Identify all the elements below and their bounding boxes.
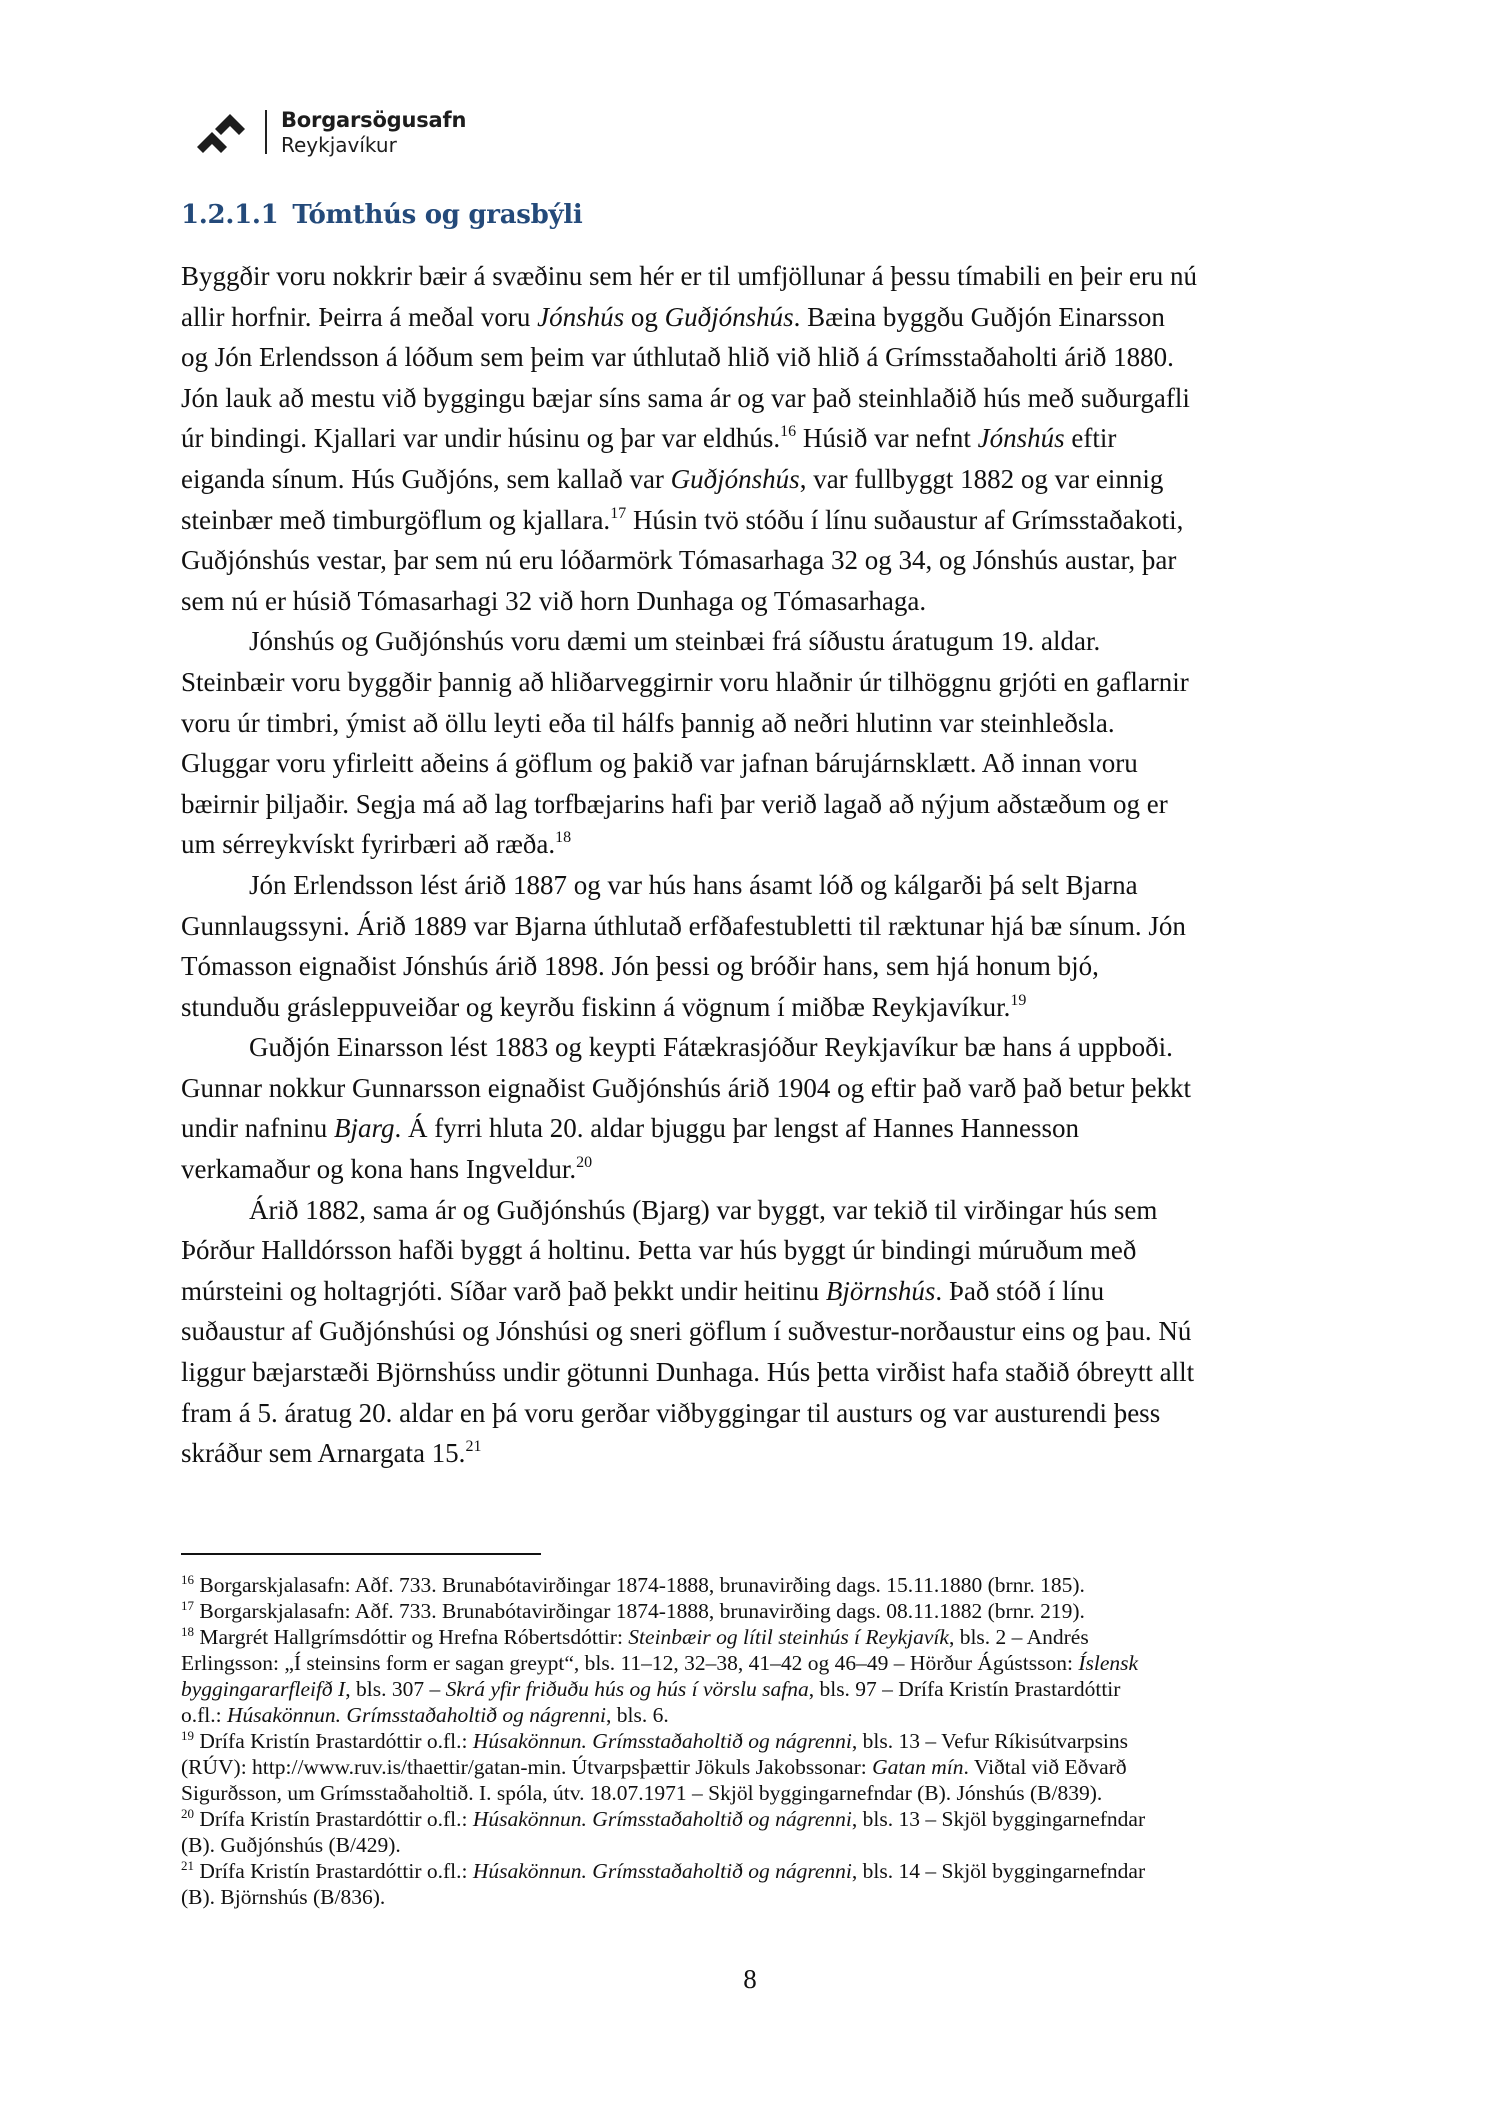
italic-text: Húsakönnun. Grímsstaðaholtið og nágrenni: [473, 1807, 852, 1831]
text-line: undir nafninu Bjarg. Á fyrri hluta 20. a…: [181, 1108, 1341, 1149]
text-line: voru úr timbri, ýmist að öllu leyti eða …: [181, 703, 1341, 744]
text-line: verkamaður og kona hans Ingveldur.20: [181, 1149, 1341, 1190]
footnote-line: (B). Björnshús (B/836).: [181, 1884, 1341, 1910]
italic-text: Björnshús: [826, 1276, 936, 1306]
footnote-ref: 19: [1010, 992, 1026, 1009]
italic-text: byggingararfleifð I: [181, 1677, 345, 1701]
text-run: Gunnlaugssyni. Árið 1889 var Bjarna úthl…: [181, 911, 1186, 941]
text-run: Drífa Kristín Þrastardóttir o.fl.:: [199, 1729, 472, 1753]
text-line: múrsteini og holtagrjóti. Síðar varð það…: [181, 1271, 1341, 1312]
text-line: Jón lauk að mestu við byggingu bæjar sín…: [181, 378, 1341, 419]
italic-text: Húsakönnun. Grímsstaðaholtið og nágrenni: [473, 1859, 852, 1883]
italic-text: Húsakönnun. Grímsstaðaholtið og nágrenni: [227, 1703, 606, 1727]
text-run: fram á 5. áratug 20. aldar en þá voru ge…: [181, 1398, 1160, 1428]
text-run: um sérreykvískt fyrirbæri að ræða.: [181, 829, 555, 859]
paragraph: Guðjón Einarsson lést 1883 og keypti Fát…: [181, 1027, 1341, 1189]
footnote-line: 18 Margrét Hallgrímsdóttir og Hrefna Rób…: [181, 1624, 1341, 1650]
double-chevron-up-icon: [195, 107, 251, 157]
logo-divider: [265, 110, 267, 154]
text-run: Erlingsson: „Í steinsins form er sagan g…: [181, 1651, 1078, 1675]
text-run: Húsin tvö stóðu í línu suðaustur af Grím…: [626, 505, 1183, 535]
text-line: Byggðir voru nokkrir bæir á svæðinu sem …: [181, 256, 1341, 297]
footnote-line: (RÚV): http://www.ruv.is/thaettir/gatan-…: [181, 1754, 1341, 1780]
text-run: eiganda sínum. Hús Guðjóns, sem kallað v…: [181, 464, 671, 494]
text-line: Jón Erlendsson lést árið 1887 og var hús…: [181, 865, 1341, 906]
text-run: Gluggar voru yfirleitt aðeins á göflum o…: [181, 748, 1138, 778]
logo-city: Reykjavíkur: [281, 135, 466, 155]
footnote-ref: 18: [555, 829, 571, 846]
text-run: , bls. 97 – Drífa Kristín Þrastardóttir: [809, 1677, 1121, 1701]
text-line: sem nú er húsið Tómasarhagi 32 við horn …: [181, 581, 1341, 622]
italic-text: Steinbæir og lítil steinhús í Reykjavík: [628, 1625, 949, 1649]
text-line: Gunnar nokkur Gunnarsson eignaðist Guðjó…: [181, 1068, 1341, 1109]
text-run: Gunnar nokkur Gunnarsson eignaðist Guðjó…: [181, 1073, 1191, 1103]
text-run: eftir: [1065, 423, 1117, 453]
text-run: (B). Guðjónshús (B/429).: [181, 1833, 401, 1857]
footnote-number: 18: [181, 1624, 194, 1639]
text-line: suðaustur af Guðjónshúsi og Jónshúsi og …: [181, 1311, 1341, 1352]
text-run: (B). Björnshús (B/836).: [181, 1885, 385, 1909]
footnote-line: o.fl.: Húsakönnun. Grímsstaðaholtið og n…: [181, 1702, 1341, 1728]
italic-text: Gatan mín: [872, 1755, 963, 1779]
footnote: 17 Borgarskjalasafn: Aðf. 733. Brunabóta…: [181, 1598, 1341, 1624]
text-run: , bls. 13 – Skjöl byggingarnefndar: [852, 1807, 1145, 1831]
text-line: úr bindingi. Kjallari var undir húsinu o…: [181, 418, 1341, 459]
paragraph: Árið 1882, sama ár og Guðjónshús (Bjarg)…: [181, 1190, 1341, 1474]
page-number: 8: [0, 1964, 1500, 1995]
text-line: eiganda sínum. Hús Guðjóns, sem kallað v…: [181, 459, 1341, 500]
text-line: allir horfnir. Þeirra á meðal voru Jónsh…: [181, 297, 1341, 338]
text-run: múrsteini og holtagrjóti. Síðar varð það…: [181, 1276, 826, 1306]
footnote-ref: 20: [576, 1154, 592, 1171]
text-run: , bls. 14 – Skjöl byggingarnefndar: [852, 1859, 1145, 1883]
footnote-line: (B). Guðjónshús (B/429).: [181, 1832, 1341, 1858]
text-run: Sigurðsson, um Grímsstaðaholtið. I. spól…: [181, 1781, 1102, 1805]
text-line: Guðjón Einarsson lést 1883 og keypti Fát…: [181, 1027, 1341, 1068]
footnote-line: Sigurðsson, um Grímsstaðaholtið. I. spól…: [181, 1780, 1341, 1806]
text-line: Jónshús og Guðjónshús voru dæmi um stein…: [181, 621, 1341, 662]
text-run: skráður sem Arnargata 15.: [181, 1438, 465, 1468]
text-run: verkamaður og kona hans Ingveldur.: [181, 1154, 576, 1184]
italic-text: Húsakönnun. Grímsstaðaholtið og nágrenni: [473, 1729, 852, 1753]
text-run: , var fullbyggt 1882 og var einnig: [800, 464, 1164, 494]
section-heading: 1.2.1.1Tómthús og grasbýli: [181, 200, 582, 230]
footnote: 16 Borgarskjalasafn: Aðf. 733. Brunabóta…: [181, 1572, 1341, 1598]
footnote-line: 17 Borgarskjalasafn: Aðf. 733. Brunabóta…: [181, 1598, 1341, 1624]
text-run: Margrét Hallgrímsdóttir og Hrefna Róbert…: [199, 1625, 628, 1649]
text-run: Tómasson eignaðist Jónshús árið 1898. Jó…: [181, 951, 1099, 981]
text-run: bæirnir þiljaðir. Segja má að lag torfbæ…: [181, 789, 1168, 819]
footnote-number: 21: [181, 1858, 194, 1873]
document-page: Borgarsögusafn Reykjavíkur 1.2.1.1Tómthú…: [0, 0, 1500, 2123]
text-run: . Bæina byggðu Guðjón Einarsson: [794, 302, 1165, 332]
footnotes: 16 Borgarskjalasafn: Aðf. 733. Brunabóta…: [181, 1572, 1341, 1910]
text-run: Drífa Kristín Þrastardóttir o.fl.:: [199, 1807, 472, 1831]
text-run: og Jón Erlendsson á lóðum sem þeim var ú…: [181, 342, 1174, 372]
text-line: steinbær með timburgöflum og kjallara.17…: [181, 500, 1341, 541]
footnote-ref: 21: [465, 1438, 481, 1455]
footnote: 19 Drífa Kristín Þrastardóttir o.fl.: Hú…: [181, 1728, 1341, 1806]
italic-text: Guðjónshús: [665, 302, 794, 332]
text-run: Byggðir voru nokkrir bæir á svæðinu sem …: [181, 261, 1197, 291]
text-run: undir nafninu: [181, 1113, 334, 1143]
italic-text: Jónshús: [978, 423, 1065, 453]
text-run: suðaustur af Guðjónshúsi og Jónshúsi og …: [181, 1316, 1191, 1346]
text-run: Borgarskjalasafn: Aðf. 733. Brunabótavir…: [199, 1573, 1085, 1597]
text-run: Jón Erlendsson lést árið 1887 og var hús…: [249, 870, 1138, 900]
italic-text: Skrá yfir friðuðu hús og hús í vörslu sa…: [446, 1677, 809, 1701]
paragraph: Jónshús og Guðjónshús voru dæmi um stein…: [181, 621, 1341, 865]
text-run: . Á fyrri hluta 20. aldar bjuggu þar len…: [394, 1113, 1079, 1143]
italic-text: Bjarg: [334, 1113, 395, 1143]
text-run: , bls. 2 – Andrés: [949, 1625, 1089, 1649]
text-run: Árið 1882, sama ár og Guðjónshús (Bjarg)…: [249, 1195, 1157, 1225]
text-run: Jón lauk að mestu við byggingu bæjar sín…: [181, 383, 1190, 413]
text-line: Þórður Halldórsson hafði byggt á holtinu…: [181, 1230, 1341, 1271]
footnote-ref: 17: [610, 505, 626, 522]
section-title: Tómthús og grasbýli: [292, 200, 582, 230]
text-run: Guðjón Einarsson lést 1883 og keypti Fát…: [249, 1032, 1173, 1062]
text-run: , bls. 13 – Vefur Ríkisútvarpsins: [852, 1729, 1128, 1753]
text-line: Guðjónshús vestar, þar sem nú eru lóðarm…: [181, 540, 1341, 581]
text-line: Tómasson eignaðist Jónshús árið 1898. Jó…: [181, 946, 1341, 987]
text-run: stunduðu grásleppuveiðar og keyrðu fiski…: [181, 992, 1010, 1022]
footnote-line: byggingararfleifð I, bls. 307 – Skrá yfi…: [181, 1676, 1341, 1702]
text-run: Steinbæir voru byggðir þannig að hliðarv…: [181, 667, 1189, 697]
footnote-separator: [181, 1553, 541, 1555]
italic-text: Íslensk: [1078, 1651, 1138, 1675]
italic-text: Guðjónshús: [671, 464, 800, 494]
body-text: Byggðir voru nokkrir bæir á svæðinu sem …: [181, 256, 1341, 1474]
text-run: (RÚV): http://www.ruv.is/thaettir/gatan-…: [181, 1755, 872, 1779]
text-run: Drífa Kristín Þrastardóttir o.fl.:: [199, 1859, 472, 1883]
text-run: . Viðtal við Eðvarð: [963, 1755, 1126, 1779]
text-line: um sérreykvískt fyrirbæri að ræða.18: [181, 824, 1341, 865]
footnote-line: 20 Drífa Kristín Þrastardóttir o.fl.: Hú…: [181, 1806, 1341, 1832]
paragraph: Byggðir voru nokkrir bæir á svæðinu sem …: [181, 256, 1341, 621]
text-run: , bls. 307 –: [345, 1677, 445, 1701]
text-run: Húsið var nefnt: [796, 423, 977, 453]
text-run: sem nú er húsið Tómasarhagi 32 við horn …: [181, 586, 926, 616]
text-run: o.fl.:: [181, 1703, 227, 1727]
italic-text: Jónshús: [537, 302, 624, 332]
footnote-line: 19 Drífa Kristín Þrastardóttir o.fl.: Hú…: [181, 1728, 1341, 1754]
text-run: . Það stóð í línu: [935, 1276, 1104, 1306]
text-line: fram á 5. áratug 20. aldar en þá voru ge…: [181, 1393, 1341, 1434]
text-run: Jónshús og Guðjónshús voru dæmi um stein…: [249, 626, 1100, 656]
logo-name: Borgarsögusafn: [281, 110, 466, 131]
footnote-ref: 16: [780, 423, 796, 440]
footnote: 20 Drífa Kristín Þrastardóttir o.fl.: Hú…: [181, 1806, 1341, 1858]
text-run: steinbær með timburgöflum og kjallara.: [181, 505, 610, 535]
text-line: Gluggar voru yfirleitt aðeins á göflum o…: [181, 743, 1341, 784]
footnote-line: Erlingsson: „Í steinsins form er sagan g…: [181, 1650, 1341, 1676]
text-line: liggur bæjarstæði Björnshúss undir götun…: [181, 1352, 1341, 1393]
footnote: 18 Margrét Hallgrímsdóttir og Hrefna Rób…: [181, 1624, 1341, 1728]
text-run: Borgarskjalasafn: Aðf. 733. Brunabótavir…: [199, 1599, 1085, 1623]
footnote: 21 Drífa Kristín Þrastardóttir o.fl.: Hú…: [181, 1858, 1341, 1910]
text-run: liggur bæjarstæði Björnshúss undir götun…: [181, 1357, 1194, 1387]
text-run: úr bindingi. Kjallari var undir húsinu o…: [181, 423, 780, 453]
text-run: , bls. 6.: [606, 1703, 669, 1727]
text-line: stunduðu grásleppuveiðar og keyrðu fiski…: [181, 987, 1341, 1028]
text-run: Guðjónshús vestar, þar sem nú eru lóðarm…: [181, 545, 1176, 575]
museum-logo: Borgarsögusafn Reykjavíkur: [195, 104, 466, 160]
footnote-line: 16 Borgarskjalasafn: Aðf. 733. Brunabóta…: [181, 1572, 1341, 1598]
text-run: Þórður Halldórsson hafði byggt á holtinu…: [181, 1235, 1136, 1265]
text-run: og: [624, 302, 665, 332]
section-number: 1.2.1.1: [181, 200, 278, 230]
text-line: og Jón Erlendsson á lóðum sem þeim var ú…: [181, 337, 1341, 378]
text-run: allir horfnir. Þeirra á meðal voru: [181, 302, 537, 332]
text-line: Steinbæir voru byggðir þannig að hliðarv…: [181, 662, 1341, 703]
paragraph: Jón Erlendsson lést árið 1887 og var hús…: [181, 865, 1341, 1027]
footnote-number: 16: [181, 1572, 194, 1587]
text-run: voru úr timbri, ýmist að öllu leyti eða …: [181, 708, 1115, 738]
footnote-line: 21 Drífa Kristín Þrastardóttir o.fl.: Hú…: [181, 1858, 1341, 1884]
footnote-number: 19: [181, 1728, 194, 1743]
text-line: Gunnlaugssyni. Árið 1889 var Bjarna úthl…: [181, 906, 1341, 947]
footnote-number: 20: [181, 1806, 194, 1821]
text-line: skráður sem Arnargata 15.21: [181, 1433, 1341, 1474]
footnote-number: 17: [181, 1598, 194, 1613]
text-line: Árið 1882, sama ár og Guðjónshús (Bjarg)…: [181, 1190, 1341, 1231]
text-line: bæirnir þiljaðir. Segja má að lag torfbæ…: [181, 784, 1341, 825]
